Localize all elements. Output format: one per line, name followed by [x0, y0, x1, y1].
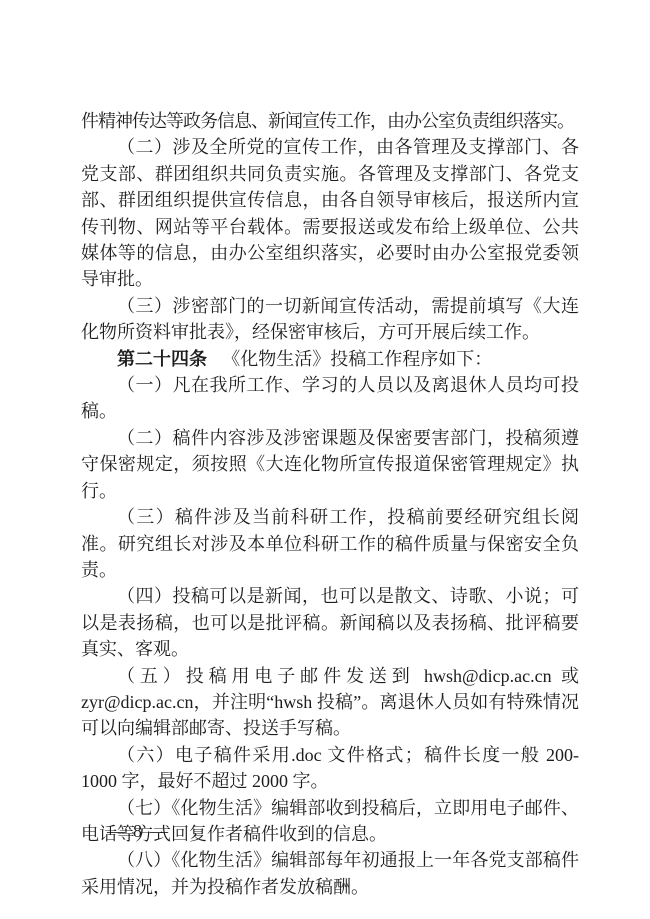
page-number: 8: [133, 818, 142, 844]
document-page: 件精神传达等政务信息、新闻宣传工作，由办公室负责组织落实。 （二）涉及全所党的宣…: [0, 0, 650, 919]
para-clause-2: （二）涉及全所党的宣传工作，由各管理及支撑部门、各党支部、群团组织共同负责实施。…: [81, 134, 579, 292]
para-clause-3: （三）涉密部门的一切新闻宣传活动，需提前填写《大连化物所资料审批表》，经保密审核…: [81, 293, 579, 346]
footer-left-dash: —: [107, 818, 125, 844]
para-continuation: 件精神传达等政务信息、新闻宣传工作，由办公室负责组织落实。: [81, 108, 579, 134]
document-body: 件精神传达等政务信息、新闻宣传工作，由办公室负责组织落实。 （二）涉及全所党的宣…: [81, 108, 579, 900]
para-item-2: （二）稿件内容涉及涉密课题及保密要害部门，投稿须遵守保密规定，须按照《大连化物所…: [81, 425, 579, 504]
para-item-8: （八）《化物生活》编辑部每年初通报上一年各党支部稿件采用情况，并为投稿作者发放稿…: [81, 847, 579, 900]
para-item-3: （三）稿件涉及当前科研工作，投稿前要经研究组长阅准。研究组长对涉及本单位科研工作…: [81, 504, 579, 583]
footer-right-dash: —: [150, 818, 168, 844]
article-24-number: 第二十四条: [117, 349, 207, 369]
para-item-6: （六）电子稿件采用.doc 文件格式；稿件长度一般 200-1000 字，最好不…: [81, 742, 579, 795]
para-item-4: （四）投稿可以是新闻，也可以是散文、诗歌、小说；可以是表扬稿，也可以是批评稿。新…: [81, 583, 579, 662]
para-article-24: 第二十四条《化物生活》投稿工作程序如下：: [81, 346, 579, 372]
para-item-1: （一）凡在我所工作、学习的人员以及离退休人员均可投稿。: [81, 372, 579, 425]
para-item-5: （五）投稿用电子邮件发送到 hwsh@dicp.ac.cn 或 zyr@dicp…: [81, 663, 579, 742]
page-number-footer: — 8 —: [107, 818, 168, 844]
article-24-text: 《化物生活》投稿工作程序如下：: [222, 349, 492, 369]
